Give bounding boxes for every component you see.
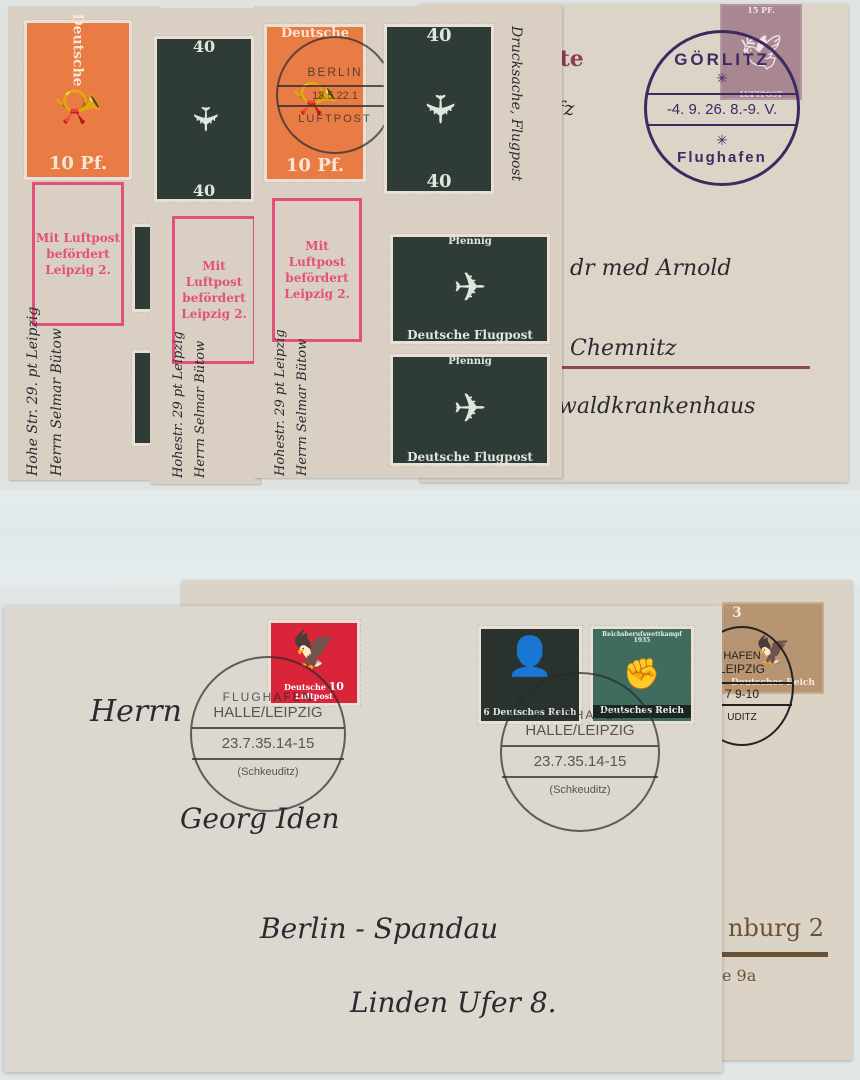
side-note: Drucksache, Flugpost bbox=[508, 26, 524, 181]
stamp-value: 15 PF. bbox=[747, 6, 775, 14]
stamp-value: 3 bbox=[724, 604, 822, 622]
cachet-line: Mit Luftpost bbox=[36, 230, 120, 246]
postmark-date: 23.7.35.14-15 bbox=[502, 745, 658, 778]
address-line: Chemnitz bbox=[570, 336, 677, 361]
postmark-label: Flughafen bbox=[677, 149, 767, 166]
postmark-halle-leipzig: FLUGHAFEN HALLE/LEIPZIG 23.7.35.14-15 (S… bbox=[500, 672, 660, 832]
cachet-line: befördert bbox=[46, 246, 109, 262]
address-city: Berlin - Spandau bbox=[260, 912, 498, 945]
cover-fragment-2: 40 ✈ 40 Mit Luftpost befördert Leipzig 2… bbox=[150, 8, 260, 484]
sun-rays-icon: ✳ bbox=[716, 70, 728, 87]
postmark-label: (Schkeuditz) bbox=[237, 766, 298, 778]
stamp-label: Deutsche Flugpost bbox=[407, 451, 533, 463]
postmark-top: FLUGHAFEN bbox=[223, 690, 314, 704]
cover-fragment-1: Deutsche 📯 10 Pf. Mit Luftpost befördert… bbox=[8, 6, 158, 480]
stamp-unit: Pfennig bbox=[448, 357, 492, 367]
cover-fragment-3: Deutsche 📯 10 Pf. BERLIN 13.5.22.1 LUFTP… bbox=[254, 6, 562, 478]
address-handwriting: Hohestr. 29 pt Leipzig Herrn Selmar Büto… bbox=[168, 308, 212, 478]
postmark-date: 13.5.22.1 bbox=[278, 85, 392, 107]
stamp-label: Deutsche Flugpost bbox=[407, 329, 533, 341]
stamp-unit: Pfennig bbox=[448, 237, 492, 247]
postmark-halle-leipzig: FLUGHAFEN HALLE/LEIPZIG 23.7.35.14-15 (S… bbox=[190, 656, 346, 812]
portrait-icon: 👤 bbox=[506, 635, 553, 679]
address-line: Hohestr. 29 pt bbox=[171, 384, 186, 478]
cachet-line: Mit Luftpost bbox=[175, 258, 253, 290]
address-handwriting: Hohestr. 29 pt Leipzig Herrn Selmar Büto… bbox=[270, 306, 314, 476]
stamp-40pf-airplane: 40 ✈ 40 bbox=[154, 36, 254, 202]
biplane-icon: ✈ bbox=[453, 265, 487, 311]
street-fragment: e 9a bbox=[722, 966, 756, 985]
address-line: Hohe Str. 29. pt bbox=[25, 363, 41, 476]
address-line: waldkrankenhaus bbox=[558, 394, 755, 419]
postmark-city: HALLE/LEIPZIG bbox=[213, 704, 322, 721]
biplane-icon: ✈ bbox=[416, 92, 462, 126]
address-line: Leipzig bbox=[273, 329, 288, 377]
postmark-city: GÖRLITZ bbox=[674, 50, 770, 70]
address-line: Herrn Selmar Bütow bbox=[295, 339, 310, 476]
address-line: Leipzig bbox=[25, 307, 41, 359]
stamp-value: 10 Pf. bbox=[49, 155, 107, 173]
postmark-label: LUFTPOST bbox=[298, 113, 371, 125]
stamp-value: 40 bbox=[193, 39, 215, 55]
postmark-date: 23.7.35.14-15 bbox=[192, 727, 344, 760]
postmark-city: BERLIN bbox=[307, 65, 362, 79]
airmail-envelope: 🦅 Deutsche 10 Luftpost FLUGHAFEN HALLE/L… bbox=[4, 606, 722, 1072]
postmark-city: LEIPZIG bbox=[719, 662, 765, 676]
address-handwriting: Hohe Str. 29. pt Leipzig Herrn Selmar Bü… bbox=[22, 306, 70, 476]
address-rule bbox=[558, 366, 810, 369]
stamp-value: 40 bbox=[193, 183, 215, 199]
postmark-date: -4. 9. 26. 8.-9. V. bbox=[647, 93, 797, 126]
postmark-city: HALLE/LEIPZIG bbox=[525, 722, 634, 739]
postmark-berlin: BERLIN 13.5.22.1 LUFTPOST bbox=[276, 36, 394, 154]
address-name: Georg Iden bbox=[180, 802, 340, 835]
address-fragment: nburg 2 bbox=[728, 914, 824, 942]
address-line: Hohestr. 29 pt bbox=[273, 382, 288, 476]
sun-rays-icon: ✳ bbox=[716, 132, 728, 149]
stamp-value: 40 bbox=[426, 27, 451, 45]
address-line: dr med Arnold bbox=[570, 256, 732, 281]
postmark-goerlitz: GÖRLITZ ✳ -4. 9. 26. 8.-9. V. ✳ Flughafe… bbox=[644, 30, 800, 186]
address-street: Linden Ufer 8. bbox=[350, 986, 557, 1019]
cachet-line: befördert bbox=[285, 270, 348, 286]
stamp-value: 6 bbox=[483, 708, 489, 718]
address-line: Leipzig bbox=[171, 331, 186, 379]
postmark-label: UDITZ bbox=[727, 712, 756, 723]
stamp-10pf-airmail: Deutsche 📯 10 Pf. bbox=[24, 20, 132, 180]
postmark-top: HAFEN bbox=[723, 650, 760, 662]
biplane-icon: ✈ bbox=[184, 105, 224, 134]
stamp-value: 10 Pf. bbox=[286, 157, 344, 175]
address-line: Herrn Selmar Bütow bbox=[193, 341, 208, 478]
address-salutation: Herrn bbox=[90, 694, 182, 729]
post-horn-icon: 📯 bbox=[53, 83, 103, 130]
cachet-line: Mit Luftpost bbox=[275, 238, 359, 270]
address-line: Herrn Selmar Bütow bbox=[49, 328, 65, 476]
stamp-caption: Reichsberufswettkampf 1935 bbox=[593, 632, 691, 644]
stamp-40pf-airplane: Pfennig ✈ Deutsche Flugpost bbox=[390, 234, 550, 344]
biplane-icon: ✈ bbox=[453, 386, 487, 432]
cachet-line: Leipzig 2. bbox=[284, 286, 350, 302]
stamp-40pf-airplane: Pfennig ✈ Deutsche Flugpost bbox=[390, 354, 550, 466]
stamp-country: Deutsche bbox=[71, 13, 85, 86]
cachet-line: befördert bbox=[182, 290, 245, 306]
stamp-40pf-airplane: 40 ✈ 40 bbox=[384, 24, 494, 194]
airmail-cachet: Mit Luftpost befördert Leipzig 2. bbox=[32, 182, 124, 326]
postmark-label: (Schkeuditz) bbox=[549, 784, 610, 796]
address-rule bbox=[722, 952, 828, 957]
hand-wreath-icon: ✊ bbox=[623, 657, 660, 692]
postmark-top: FLUGHAFEN bbox=[535, 708, 626, 722]
cachet-line: Leipzig 2. bbox=[45, 262, 111, 278]
stamp-value: 40 bbox=[426, 173, 451, 191]
sleeve-divider bbox=[0, 490, 860, 590]
